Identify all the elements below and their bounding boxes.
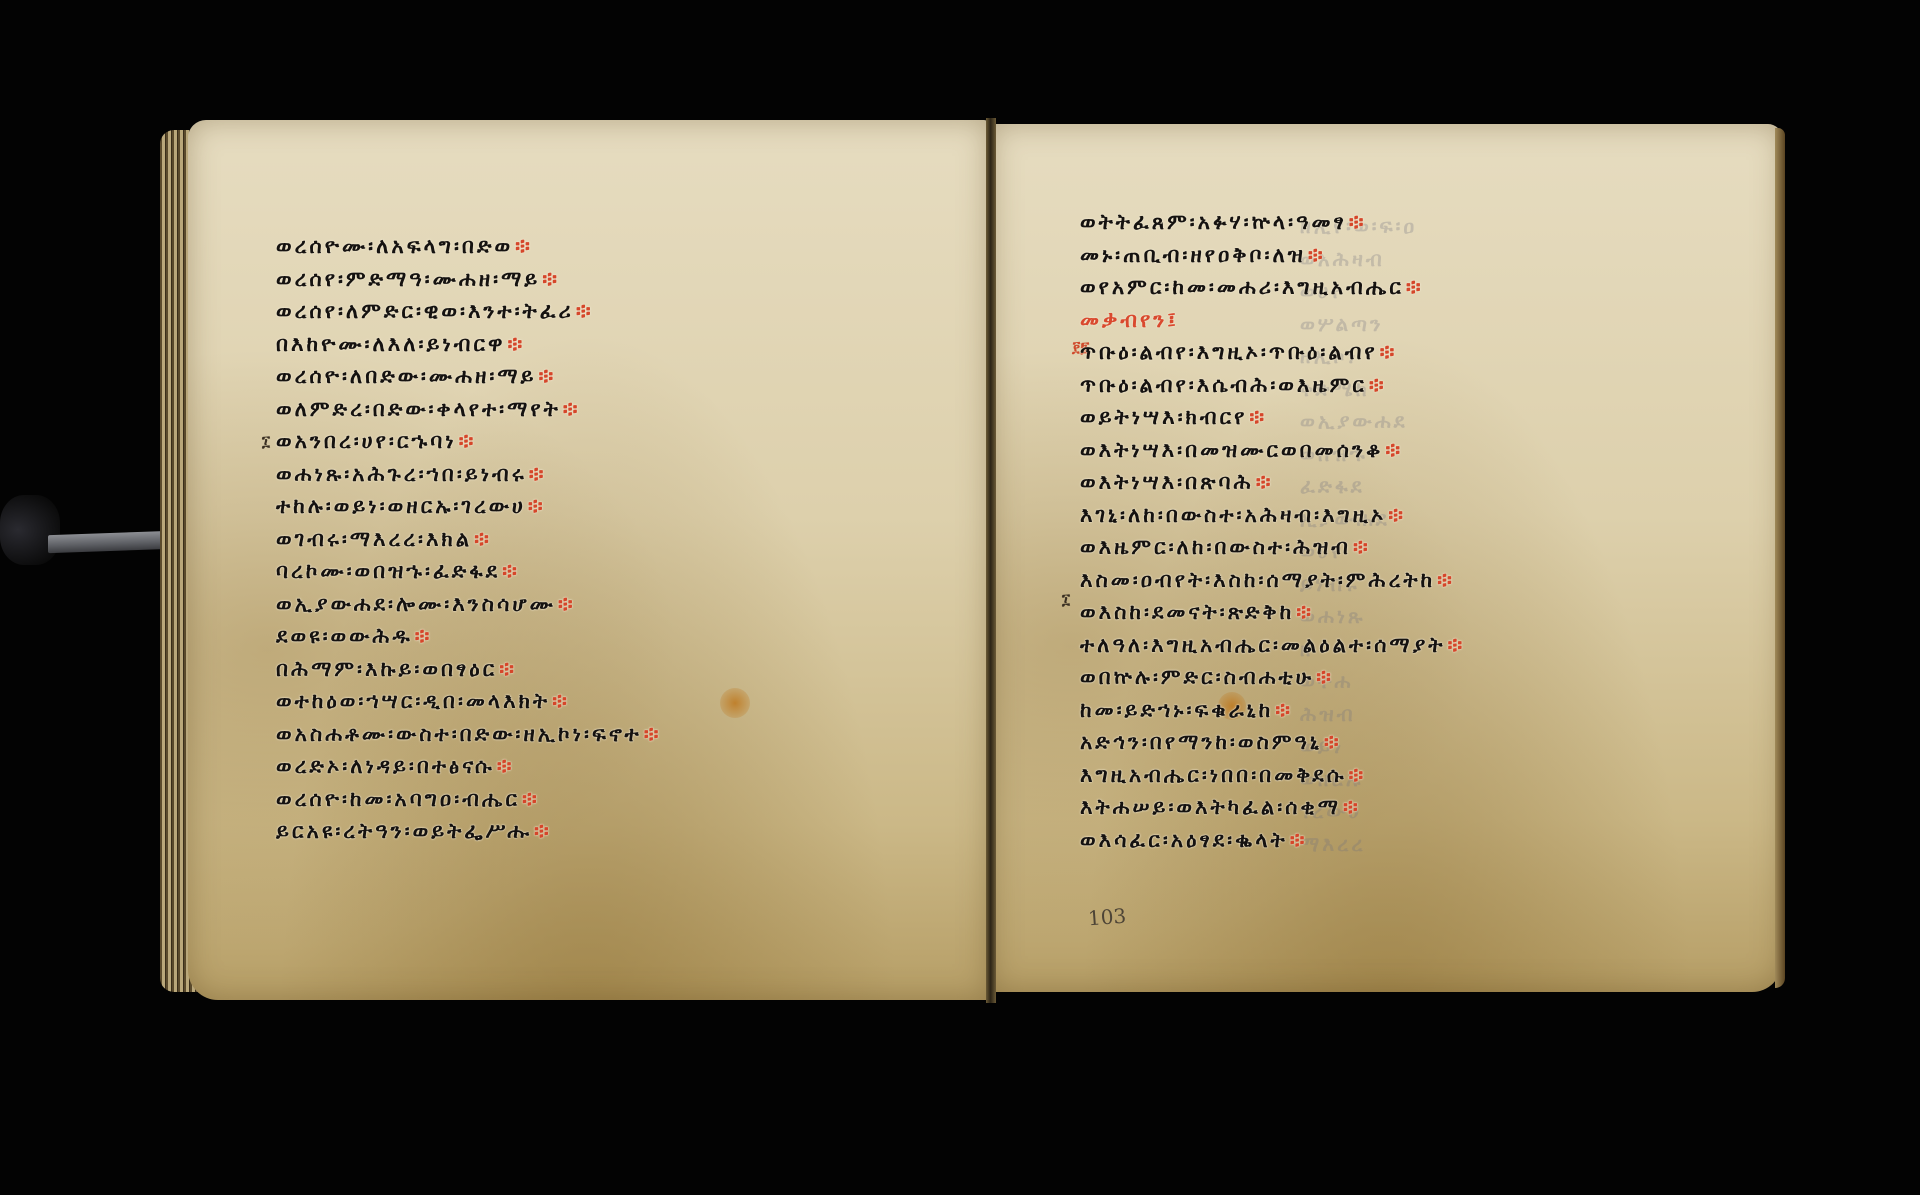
line-text: እስመ፡ዐብየት፡እስከ፡ሰማያት፡ምሕረትከ xyxy=(1080,568,1435,592)
red-ornament-icon: ፨ xyxy=(538,364,556,388)
text-line: ወረሰዮ፡ለበድው፡ሙሐዘ፡ማይ፨ xyxy=(276,360,661,393)
text-line: ጥቡዕ፡ልብየ፡እግዚኦ፡ጥቡዕ፡ልብየ፨ xyxy=(1080,336,1465,369)
red-ornament-icon: ፨ xyxy=(474,527,492,551)
line-text: ወተከዕወ፡ኀሣር፡ዲበ፡መላእክት xyxy=(276,689,550,713)
text-line: ወተከዕወ፡ኀሣር፡ዲበ፡መላእክት፨ xyxy=(276,685,661,718)
right-page-text: ወትትፈጸም፡አፉሃ፡ኵላ፡ዓመፃ፨መኑ፡ጠቢብ፡ዘየዐቅቦ፡ለዝ፨ወየአምር፡… xyxy=(1080,206,1465,856)
red-ornament-icon: ፨ xyxy=(415,624,433,648)
text-line: ደወዩ፡ወውሕዱ፨ xyxy=(276,620,661,653)
line-text: ወኢያውሐደ፡ሎሙ፡እንስሳሆሙ xyxy=(276,592,556,616)
red-ornament-icon: ፨ xyxy=(1296,600,1314,624)
red-ornament-icon: ፨ xyxy=(1353,535,1371,559)
line-text: ወየአምር፡ከመ፡መሐሪ፡እግዚአብሔር xyxy=(1080,275,1404,299)
line-text: ወሐነጹ፡አሕጉረ፡ኀበ፡ይነብሩ xyxy=(276,462,527,486)
line-text: ወበኵሉ፡ምድር፡ስብሐቲሁ xyxy=(1080,665,1314,689)
red-ornament-icon: ፨ xyxy=(1349,210,1367,234)
text-line: ወይትነሣእ፡ክብርየ፨ xyxy=(1080,401,1465,434)
line-text: እገኒ፡ለከ፡በውስተ፡አሕዛብ፡እግዚኦ xyxy=(1080,503,1386,527)
line-text: መቃብየን፤ xyxy=(1080,308,1179,332)
text-line: እትሐሠይ፡ወእትካፈል፡ሰቂማ፨ xyxy=(1080,791,1465,824)
line-text: ጥቡዕ፡ልብየ፡እሴብሕ፡ወእዜምር xyxy=(1080,373,1367,397)
red-ornament-icon: ፨ xyxy=(1275,698,1293,722)
text-line: ወአንበረ፡ሀየ፡ርኁባነ፨ xyxy=(276,425,661,458)
text-line: ባረኮሙ፡ወበዝኁ፡ፈድፋደ፨ xyxy=(276,555,661,588)
left-page-text: ወረሰዮሙ፡ለአፍላግ፡በድወ፨ወረሰየ፡ምድማዓ፡ሙሐዘ፡ማይ፨ወረሰየ፡ለም… xyxy=(276,230,661,848)
red-ornament-icon: ፨ xyxy=(522,787,540,811)
text-line: ወበኵሉ፡ምድር፡ስብሐቲሁ፨ xyxy=(1080,661,1465,694)
line-text: ወረሰዮ፡ከመ፡አባግዐ፡ብሔር xyxy=(276,787,520,811)
text-line: ተከሉ፡ወይነ፡ወዘርኡ፡ገረውሀ፨ xyxy=(276,490,661,523)
red-ornament-icon: ፨ xyxy=(534,819,552,843)
line-text: በእከዮሙ፡ለእለ፡ይነብርዋ xyxy=(276,332,505,356)
text-line: ወትትፈጸም፡አፉሃ፡ኵላ፡ዓመፃ፨ xyxy=(1080,206,1465,239)
text-line: ወእዜምር፡ለከ፡በውስተ፡ሕዝብ፨ xyxy=(1080,531,1465,564)
red-ornament-icon: ፨ xyxy=(507,332,525,356)
red-ornament-icon: ፨ xyxy=(552,689,570,713)
red-ornament-icon: ፨ xyxy=(563,397,581,421)
red-ornament-icon: ፨ xyxy=(542,267,560,291)
line-text: ወረሰየ፡ለምድር፡ዊወ፡እንተ፡ትፈሪ xyxy=(276,299,574,323)
text-line: ወየአምር፡ከመ፡መሐሪ፡እግዚአብሔር፨ xyxy=(1080,271,1465,304)
text-line: በሕማም፡እኩይ፡ወበፃዕር፨ xyxy=(276,653,661,686)
right-page-edge xyxy=(1775,128,1785,988)
text-line: ወኢያውሐደ፡ሎሙ፡እንስሳሆሙ፨ xyxy=(276,588,661,621)
line-text: ወይትነሣእ፡ክብርየ xyxy=(1080,405,1247,429)
folio-number: 103 xyxy=(1087,904,1127,931)
text-line: እስመ፡ዐብየት፡እስከ፡ሰማያት፡ምሕረትከ፨ xyxy=(1080,564,1465,597)
line-text: ተለዓለ፡እግዚአብሔር፡መልዕልተ፡ሰማያት xyxy=(1080,633,1445,657)
line-text: ወአስሐቶሙ፡ውስተ፡በድው፡ዘኢኮነ፡ፍኖተ xyxy=(276,722,642,746)
text-line: ተለዓለ፡እግዚአብሔር፡መልዕልተ፡ሰማያት፨ xyxy=(1080,629,1465,662)
text-line: ወገብሩ፡ማእረረ፡እክል፨ xyxy=(276,523,661,556)
rubric-heading: መቃብየን፤ xyxy=(1080,304,1465,337)
red-ornament-icon: ፨ xyxy=(528,494,546,518)
red-ornament-icon: ፨ xyxy=(644,722,662,746)
text-line: በእከዮሙ፡ለእለ፡ይነብርዋ፨ xyxy=(276,328,661,361)
red-ornament-icon: ፨ xyxy=(1388,503,1406,527)
text-line: ጥቡዕ፡ልብየ፡እሴብሕ፡ወእዜምር፨ xyxy=(1080,369,1465,402)
text-line: ከመ፡ይድኀኑ፡ፍቁራኒከ፨ xyxy=(1080,694,1465,727)
line-text: ወረሰየ፡ምድማዓ፡ሙሐዘ፡ማይ xyxy=(276,267,540,291)
line-text: ወአንበረ፡ሀየ፡ርኁባነ xyxy=(276,429,457,453)
line-text: ወእስከ፡ደመናት፡ጽድቅከ xyxy=(1080,600,1294,624)
red-ornament-icon: ፨ xyxy=(497,754,515,778)
text-line: ወእትነሣእ፡በመዝሙርወበመሰንቆ፨ xyxy=(1080,434,1465,467)
red-ornament-icon: ፨ xyxy=(1290,828,1308,852)
text-line: ወእትነሣእ፡በጽባሕ፨ xyxy=(1080,466,1465,499)
red-ornament-icon: ፨ xyxy=(1316,665,1334,689)
text-line: እግዚአብሔር፡ነበበ፡በመቅደሱ፨ xyxy=(1080,759,1465,792)
red-ornament-icon: ፨ xyxy=(558,592,576,616)
line-text: ደወዩ፡ወውሕዱ xyxy=(276,624,413,648)
red-ornament-icon: ፨ xyxy=(1447,633,1465,657)
text-line: ወእሳፈር፡አዕፃደ፡ቈላት፨ xyxy=(1080,824,1465,857)
verse-marker: ፲ xyxy=(262,432,270,450)
red-ornament-icon: ፨ xyxy=(499,657,517,681)
text-line: ወእስከ፡ደመናት፡ጽድቅከ፨ xyxy=(1080,596,1465,629)
red-ornament-icon: ፨ xyxy=(515,234,533,258)
text-line: ወረሰዮ፡ከመ፡አባግዐ፡ብሔር፨ xyxy=(276,783,661,816)
text-line: እገኒ፡ለከ፡በውስተ፡አሕዛብ፡እግዚኦ፨ xyxy=(1080,499,1465,532)
text-line: ወረሰዮሙ፡ለአፍላግ፡በድወ፨ xyxy=(276,230,661,263)
line-text: ወረሰዮ፡ለበድው፡ሙሐዘ፡ማይ xyxy=(276,364,536,388)
line-text: ወእትነሣእ፡በመዝሙርወበመሰንቆ xyxy=(1080,438,1383,462)
text-line: መኑ፡ጠቢብ፡ዘየዐቅቦ፡ለዝ፨ xyxy=(1080,239,1465,272)
line-text: ወረሰዮሙ፡ለአፍላግ፡በድወ xyxy=(276,234,513,258)
red-ornament-icon: ፨ xyxy=(502,559,520,583)
red-ornament-icon: ፨ xyxy=(576,299,594,323)
red-ornament-icon: ፨ xyxy=(529,462,547,486)
red-ornament-icon: ፨ xyxy=(1380,340,1398,364)
line-text: ወገብሩ፡ማእረረ፡እክል xyxy=(276,527,472,551)
text-line: ወአስሐቶሙ፡ውስተ፡በድው፡ዘኢኮነ፡ፍኖተ፨ xyxy=(276,718,661,751)
verse-marker: ፲ xyxy=(1062,590,1070,608)
red-ornament-icon: ፨ xyxy=(1369,373,1387,397)
text-line: ወሐነጹ፡አሕጉረ፡ኀበ፡ይነብሩ፨ xyxy=(276,458,661,491)
stain xyxy=(720,688,750,718)
red-ornament-icon: ፨ xyxy=(1406,275,1424,299)
red-ornament-icon: ፨ xyxy=(1349,763,1367,787)
line-text: እግዚአብሔር፡ነበበ፡በመቅደሱ xyxy=(1080,763,1347,787)
red-ornament-icon: ፨ xyxy=(1437,568,1455,592)
line-text: በሕማም፡እኩይ፡ወበፃዕር xyxy=(276,657,497,681)
text-line: ይርአዩ፡ረትዓን፡ወይትፌሥሑ፨ xyxy=(276,815,661,848)
line-text: ይርአዩ፡ረትዓን፡ወይትፌሥሑ xyxy=(276,819,532,843)
red-ornament-icon: ፨ xyxy=(1343,795,1361,819)
line-text: ወረድኦ፡ለነዳይ፡በተፅናሱ xyxy=(276,754,495,778)
text-line: ወረሰየ፡ለምድር፡ዊወ፡እንተ፡ትፈሪ፨ xyxy=(276,295,661,328)
line-text: ወእዜምር፡ለከ፡በውስተ፡ሕዝብ xyxy=(1080,535,1351,559)
line-text: መኑ፡ጠቢብ፡ዘየዐቅቦ፡ለዝ xyxy=(1080,243,1306,267)
line-text: ወትትፈጸም፡አፉሃ፡ኵላ፡ዓመፃ xyxy=(1080,210,1347,234)
line-text: ወለምድረ፡በድው፡ቀላየተ፡ማየት xyxy=(276,397,561,421)
line-text: ባረኮሙ፡ወበዝኁ፡ፈድፋደ xyxy=(276,559,500,583)
text-line: አድኅን፡በየማንከ፡ወስምዓኒ፨ xyxy=(1080,726,1465,759)
text-line: ወረድኦ፡ለነዳይ፡በተፅናሱ፨ xyxy=(276,750,661,783)
line-text: እትሐሠይ፡ወእትካፈል፡ሰቂማ xyxy=(1080,795,1341,819)
red-ornament-icon: ፨ xyxy=(1324,730,1342,754)
book-gutter xyxy=(986,118,996,1003)
red-ornament-icon: ፨ xyxy=(1308,243,1326,267)
bookmark-cloth xyxy=(0,495,60,565)
line-text: ወእሳፈር፡አዕፃደ፡ቈላት xyxy=(1080,828,1288,852)
line-text: አድኅን፡በየማንከ፡ወስምዓኒ xyxy=(1080,730,1322,754)
red-ornament-icon: ፨ xyxy=(1385,438,1403,462)
red-ornament-icon: ፨ xyxy=(1249,405,1267,429)
text-line: ወለምድረ፡በድው፡ቀላየተ፡ማየት፨ xyxy=(276,393,661,426)
line-text: ከመ፡ይድኀኑ፡ፍቁራኒከ xyxy=(1080,698,1273,722)
red-ornament-icon: ፨ xyxy=(459,429,477,453)
red-ornament-icon: ፨ xyxy=(1256,470,1274,494)
line-text: ተከሉ፡ወይነ፡ወዘርኡ፡ገረውሀ xyxy=(276,494,526,518)
line-text: ጥቡዕ፡ልብየ፡እግዚኦ፡ጥቡዕ፡ልብየ xyxy=(1080,340,1378,364)
text-line: ወረሰየ፡ምድማዓ፡ሙሐዘ፡ማይ፨ xyxy=(276,263,661,296)
manuscript-photo: ዘኢየ፡ወ፡ፍ፡ዐወአሕዛብወሀየወሦልጣንዘኢኮነቅድሜከወኢያውሐደወበዝኁ… xyxy=(0,0,1920,1195)
line-text: ወእትነሣእ፡በጽባሕ xyxy=(1080,470,1254,494)
